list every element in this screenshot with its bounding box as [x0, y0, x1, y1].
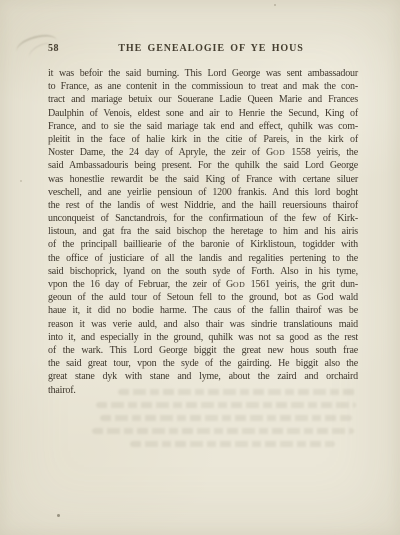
text-line: veschell, and ane yeirlie pensioun of 12… [48, 186, 358, 199]
text-line: into it, and especially in the ground, q… [48, 331, 358, 344]
verso-showthrough-line [92, 428, 354, 434]
paper-speck [274, 4, 276, 6]
text-line: tract and mariage betuix our Souerane La… [48, 93, 358, 106]
verso-showthrough-line [130, 441, 335, 447]
text-line: thairof. [48, 384, 358, 397]
verso-showthrough-line [96, 402, 356, 408]
text-line: pleitit in the face of halie kirk in the… [48, 133, 358, 146]
text-line: of the principall bailliearie of the bar… [48, 238, 358, 251]
text-line: the office of justiciare of all the land… [48, 252, 358, 265]
text-line: the said great tour, vpon the syde of th… [48, 357, 358, 370]
text-line: to France, as ane contenit in the commis… [48, 80, 358, 93]
paper-speck [57, 514, 60, 517]
scanned-book-page: { "page": { "number": "58", "running_tit… [0, 0, 400, 535]
text-line: haue it, it did no bodie harme. The caus… [48, 304, 358, 317]
text-line: vpon the 16 day of Februar, the zeir of … [48, 278, 358, 291]
text-line: of the wark. This Lord George biggit the… [48, 344, 358, 357]
text-line: said Ambassadouris being present. For th… [48, 159, 358, 172]
text-line: the rest of the landis of west Niddrie, … [48, 199, 358, 212]
text-line: unconqueist of Sanctandrois, for the con… [48, 212, 358, 225]
text-line: listoun, and gat fra the said bischop th… [48, 225, 358, 238]
text-line: great stane dyk with stane and lyme, abo… [48, 370, 358, 383]
paper-speck [20, 180, 22, 182]
text-line: geoun of the auld tour of Setoun fell to… [48, 291, 358, 304]
verso-showthrough-line [100, 415, 352, 421]
text-line: France, and to sie the said mariage tak … [48, 120, 358, 133]
text-line: was honestlie rewardit be the said King … [48, 173, 358, 186]
running-title: THE GENEALOGIE OF YE HOUS [48, 43, 374, 54]
body-text: it was befoir the said burning. This Lor… [48, 67, 358, 397]
text-line: reason it was verie auld, and also thair… [48, 318, 358, 331]
text-line: Noster Dame, the 24 day of Apryle, the z… [48, 146, 358, 159]
text-line: Daulphin of Venois, eldest sone and air … [48, 107, 358, 120]
running-head: 58 THE GENEALOGIE OF YE HOUS [48, 43, 374, 56]
text-line: said bischoprick, lyand on the south syd… [48, 265, 358, 278]
text-line: it was befoir the said burning. This Lor… [48, 67, 358, 80]
